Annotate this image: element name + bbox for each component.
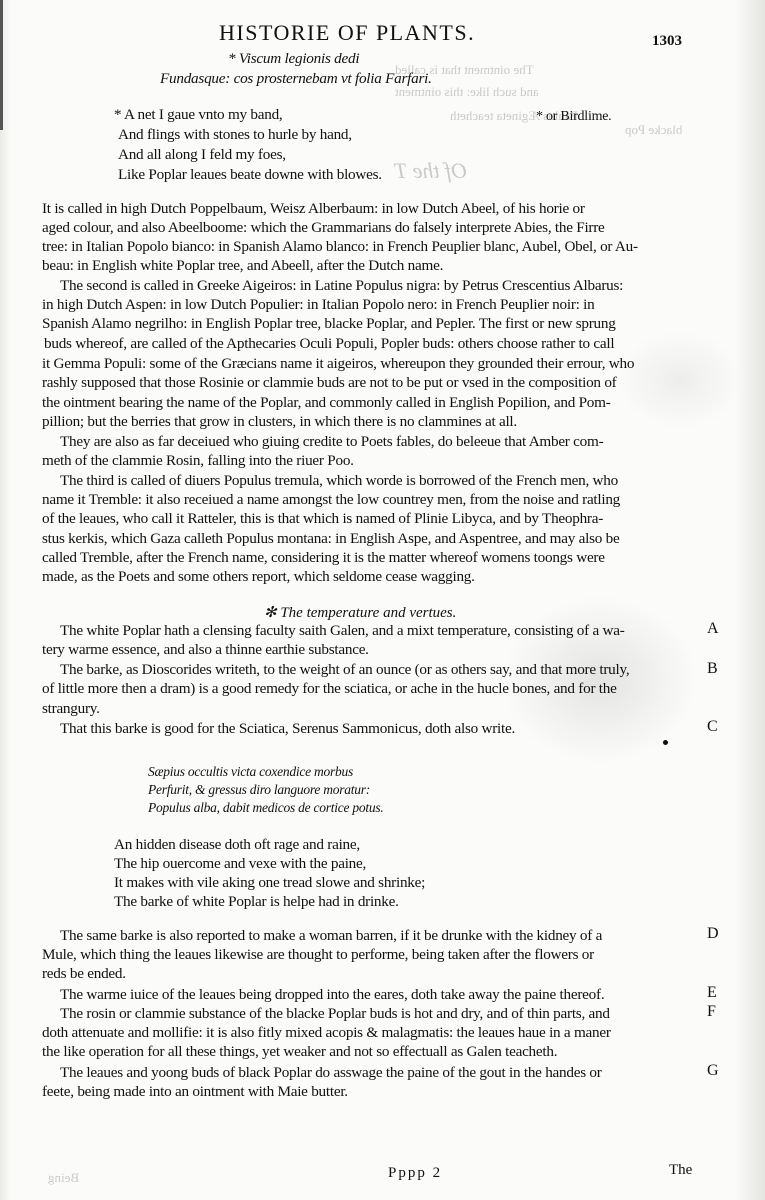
body-line: in high Dutch Aspen: in low Dutch Populi… [42, 296, 594, 314]
body-line: It is called in high Dutch Poppelbaum, W… [42, 200, 585, 218]
body-line: The leaues and yoong buds of black Popla… [60, 1064, 602, 1082]
body-line: The rosin or clammie substance of the bl… [60, 1005, 610, 1023]
epigraph-english-line: Like Poplar leaues beate downe with blow… [118, 166, 382, 184]
epigraph-latin-line: Fundasque: cos prosternebam vt folia Far… [160, 70, 432, 88]
body-line: aged colour, and also Abeelboome: which … [42, 219, 605, 237]
epigraph-latin-line: * Viscum legionis dedi [228, 50, 359, 68]
verse-line: The hip ouercome and vexe with the paine… [114, 855, 366, 873]
body-line: They are also as far deceiued who giuing… [60, 433, 603, 451]
body-line: The white Poplar hath a clensing faculty… [60, 622, 625, 640]
verse-line: Populus alba, dabit medicos de cortice p… [148, 799, 383, 817]
body-line: of little more then a dram) is a good re… [42, 680, 617, 698]
marginal-note: * or Birdlime. [536, 108, 611, 126]
margin-letter-d: D [707, 925, 719, 943]
bleed-through-text: Being [48, 1170, 79, 1186]
body-line: pillion; but the berries that grow in cl… [42, 413, 517, 431]
epigraph-english-line: * A net I gaue vnto my band, [114, 106, 282, 124]
body-line: the ointment bearing the name of the Pop… [42, 394, 611, 412]
body-line: stus kerkis, which Gaza calleth Populus … [42, 530, 619, 548]
body-line: The third is called of diuers Populus tr… [60, 472, 618, 490]
body-line: tery warme essence, and also a thinne ea… [42, 641, 369, 659]
body-line: reds be ended. [42, 965, 126, 983]
body-line: it Gemma Populi: some of the Græcians na… [42, 355, 634, 373]
body-line: The second is called in Greeke Aigeiros:… [60, 277, 623, 295]
ink-dot [663, 740, 668, 745]
bleed-through-text: blacke Pop [625, 122, 682, 138]
verse-line: It makes with vile aking one tread slowe… [114, 874, 425, 892]
body-line: called Tremble, after the French name, c… [42, 549, 605, 567]
body-line: feete, being made into an ointment with … [42, 1083, 348, 1101]
body-line: the like operation for all these things,… [42, 1043, 557, 1061]
body-line: That this barke is good for the Sciatica… [60, 720, 515, 738]
verse-line: An hidden disease doth oft rage and rain… [114, 836, 360, 854]
bleed-through-text: Of the T [395, 158, 467, 184]
body-line: Mule, which thing the leaues likewise ar… [42, 946, 594, 964]
section-heading: ✻ The temperature and vertues. [264, 603, 456, 622]
scanned-page: The ointment that is called and such lik… [0, 0, 765, 1200]
body-line: strangury. [42, 700, 100, 718]
catchword: The [669, 1162, 692, 1179]
body-line: rashly supposed that those Rosinie or cl… [42, 374, 616, 392]
epigraph-english-line: And flings with stones to hurle by hand, [118, 126, 352, 144]
margin-letter-a: A [707, 620, 719, 638]
body-line: The warme iuice of the leaues being drop… [60, 986, 604, 1004]
binding-edge-shadow [0, 0, 3, 130]
body-line: Spanish Alamo negrilho: in English Popla… [42, 315, 616, 333]
epigraph-english-line: And all along I feld my foes, [118, 146, 286, 164]
verse-line: The barke of white Poplar is helpe had i… [114, 893, 399, 911]
margin-letter-f: F [707, 1003, 716, 1021]
body-line: name it Tremble: it also receiued a name… [42, 491, 620, 509]
margin-letter-c: C [707, 718, 718, 736]
body-line: made, as the Poets and some others repor… [42, 568, 475, 586]
margin-letter-e: E [707, 984, 717, 1002]
page-number: 1303 [652, 33, 682, 50]
margin-letter-g: G [707, 1062, 719, 1080]
body-line: doth attenuate and mollifie: it is also … [42, 1024, 611, 1042]
body-line: meth of the clammie Rosin, falling into … [42, 452, 354, 470]
body-line: The same barke is also reported to make … [60, 927, 602, 945]
margin-letter-b: B [707, 660, 718, 678]
body-line: buds whereof, are called of the Apthecar… [44, 335, 614, 353]
verse-line: Sæpius occultis victa coxendice morbus [148, 763, 353, 781]
body-line: of the leaues, who call it Ratteler, thi… [42, 510, 603, 528]
signature-mark: Pppp 2 [388, 1165, 442, 1182]
verse-line: Perfurit, & gressus diro languore moratu… [148, 781, 370, 799]
body-line: beau: in English white Poplar tree, and … [42, 257, 443, 275]
body-line: tree: in Italian Popolo bianco: in Spani… [42, 238, 638, 256]
body-line: The barke, as Dioscorides writeth, to th… [60, 661, 629, 679]
running-title: HISTORIE OF PLANTS. [219, 20, 475, 46]
